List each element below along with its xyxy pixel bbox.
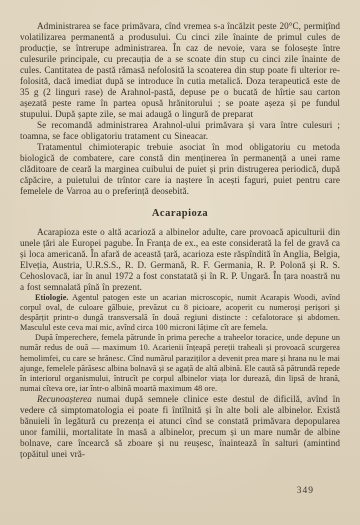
scanned-book-page: Administrarea se face primăvara, cînd vr… xyxy=(0,0,360,525)
paragraph-tratamentul: Tratamentul chimioterapic trebuie asocia… xyxy=(20,142,340,197)
paragraph-acarapioza-intro: Acarapioza este o altă acarioză a albine… xyxy=(20,227,340,293)
paragraph-recunoasterea-lead: Recunoașterea xyxy=(37,394,92,404)
paragraph-administrarea: Administrarea se face primăvara, cînd vr… xyxy=(20,21,340,120)
paragraph-etiologie-lead: Etiologie. xyxy=(35,293,68,302)
paragraph-se-recomanda: Se recomandă administrarea Arahnol-ului … xyxy=(20,120,340,142)
paragraph-etiologie: Etiologie. Agentul patogen este un acari… xyxy=(20,293,340,333)
page-number: 349 xyxy=(297,486,314,496)
paragraph-etiologie-body: Agentul patogen este un acarian microsco… xyxy=(20,293,340,332)
section-heading-acarapioza: Acarapioza xyxy=(20,208,340,219)
paragraph-recunoasterea: Recunoașterea numai după semnele clinice… xyxy=(20,394,340,460)
paragraph-dupa-imperechere: După împerechere, femela pătrunde în pri… xyxy=(20,333,340,394)
